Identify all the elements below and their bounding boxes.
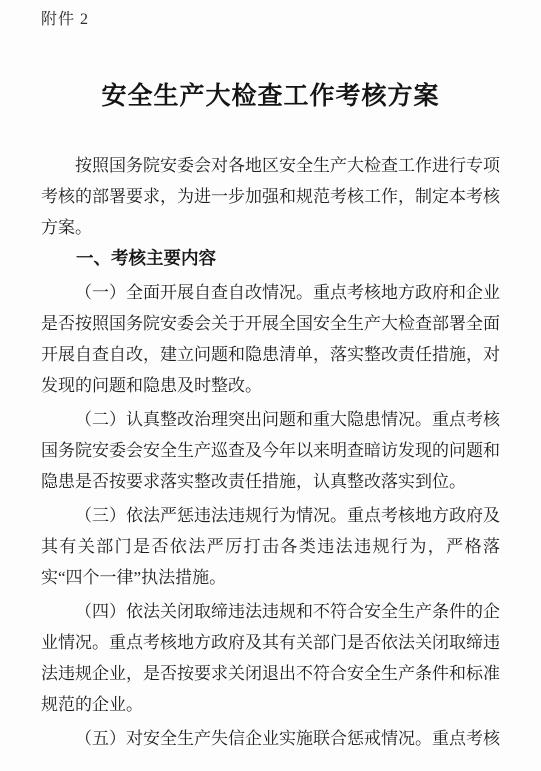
document-page: 附件 2 安全生产大检查工作考核方案 按照国务院安委会对各地区安全生产大检查工作… — [0, 0, 541, 771]
item-paragraph-2: （二）认真整改治理突出问题和重大隐患情况。重点考核国务院安委会安全生产巡查及今年… — [41, 404, 500, 497]
item-paragraph-5: （五）对安全生产失信企业实施联合惩戒情况。重点考核 — [41, 723, 500, 754]
attachment-label: 附件 2 — [41, 8, 500, 32]
section-heading: 一、考核主要内容 — [41, 243, 500, 274]
item-paragraph-4: （四）依法关闭取缔违法违规和不符合安全生产条件的企业情况。重点考核地方政府及其有… — [41, 596, 500, 720]
page-title: 安全生产大检查工作考核方案 — [41, 82, 500, 112]
item-paragraph-3: （三）依法严惩违法违规行为情况。重点考核地方政府及其有关部门是否依法严厉打击各类… — [41, 500, 500, 593]
document-body: 按照国务院安委会对各地区安全生产大检查工作进行专项考核的部署要求，为进一步加强和… — [41, 150, 500, 754]
intro-paragraph: 按照国务院安委会对各地区安全生产大检查工作进行专项考核的部署要求，为进一步加强和… — [41, 150, 500, 243]
item-paragraph-1: （一）全面开展自查自改情况。重点考核地方政府和企业是否按照国务院安委会关于开展全… — [41, 277, 500, 401]
